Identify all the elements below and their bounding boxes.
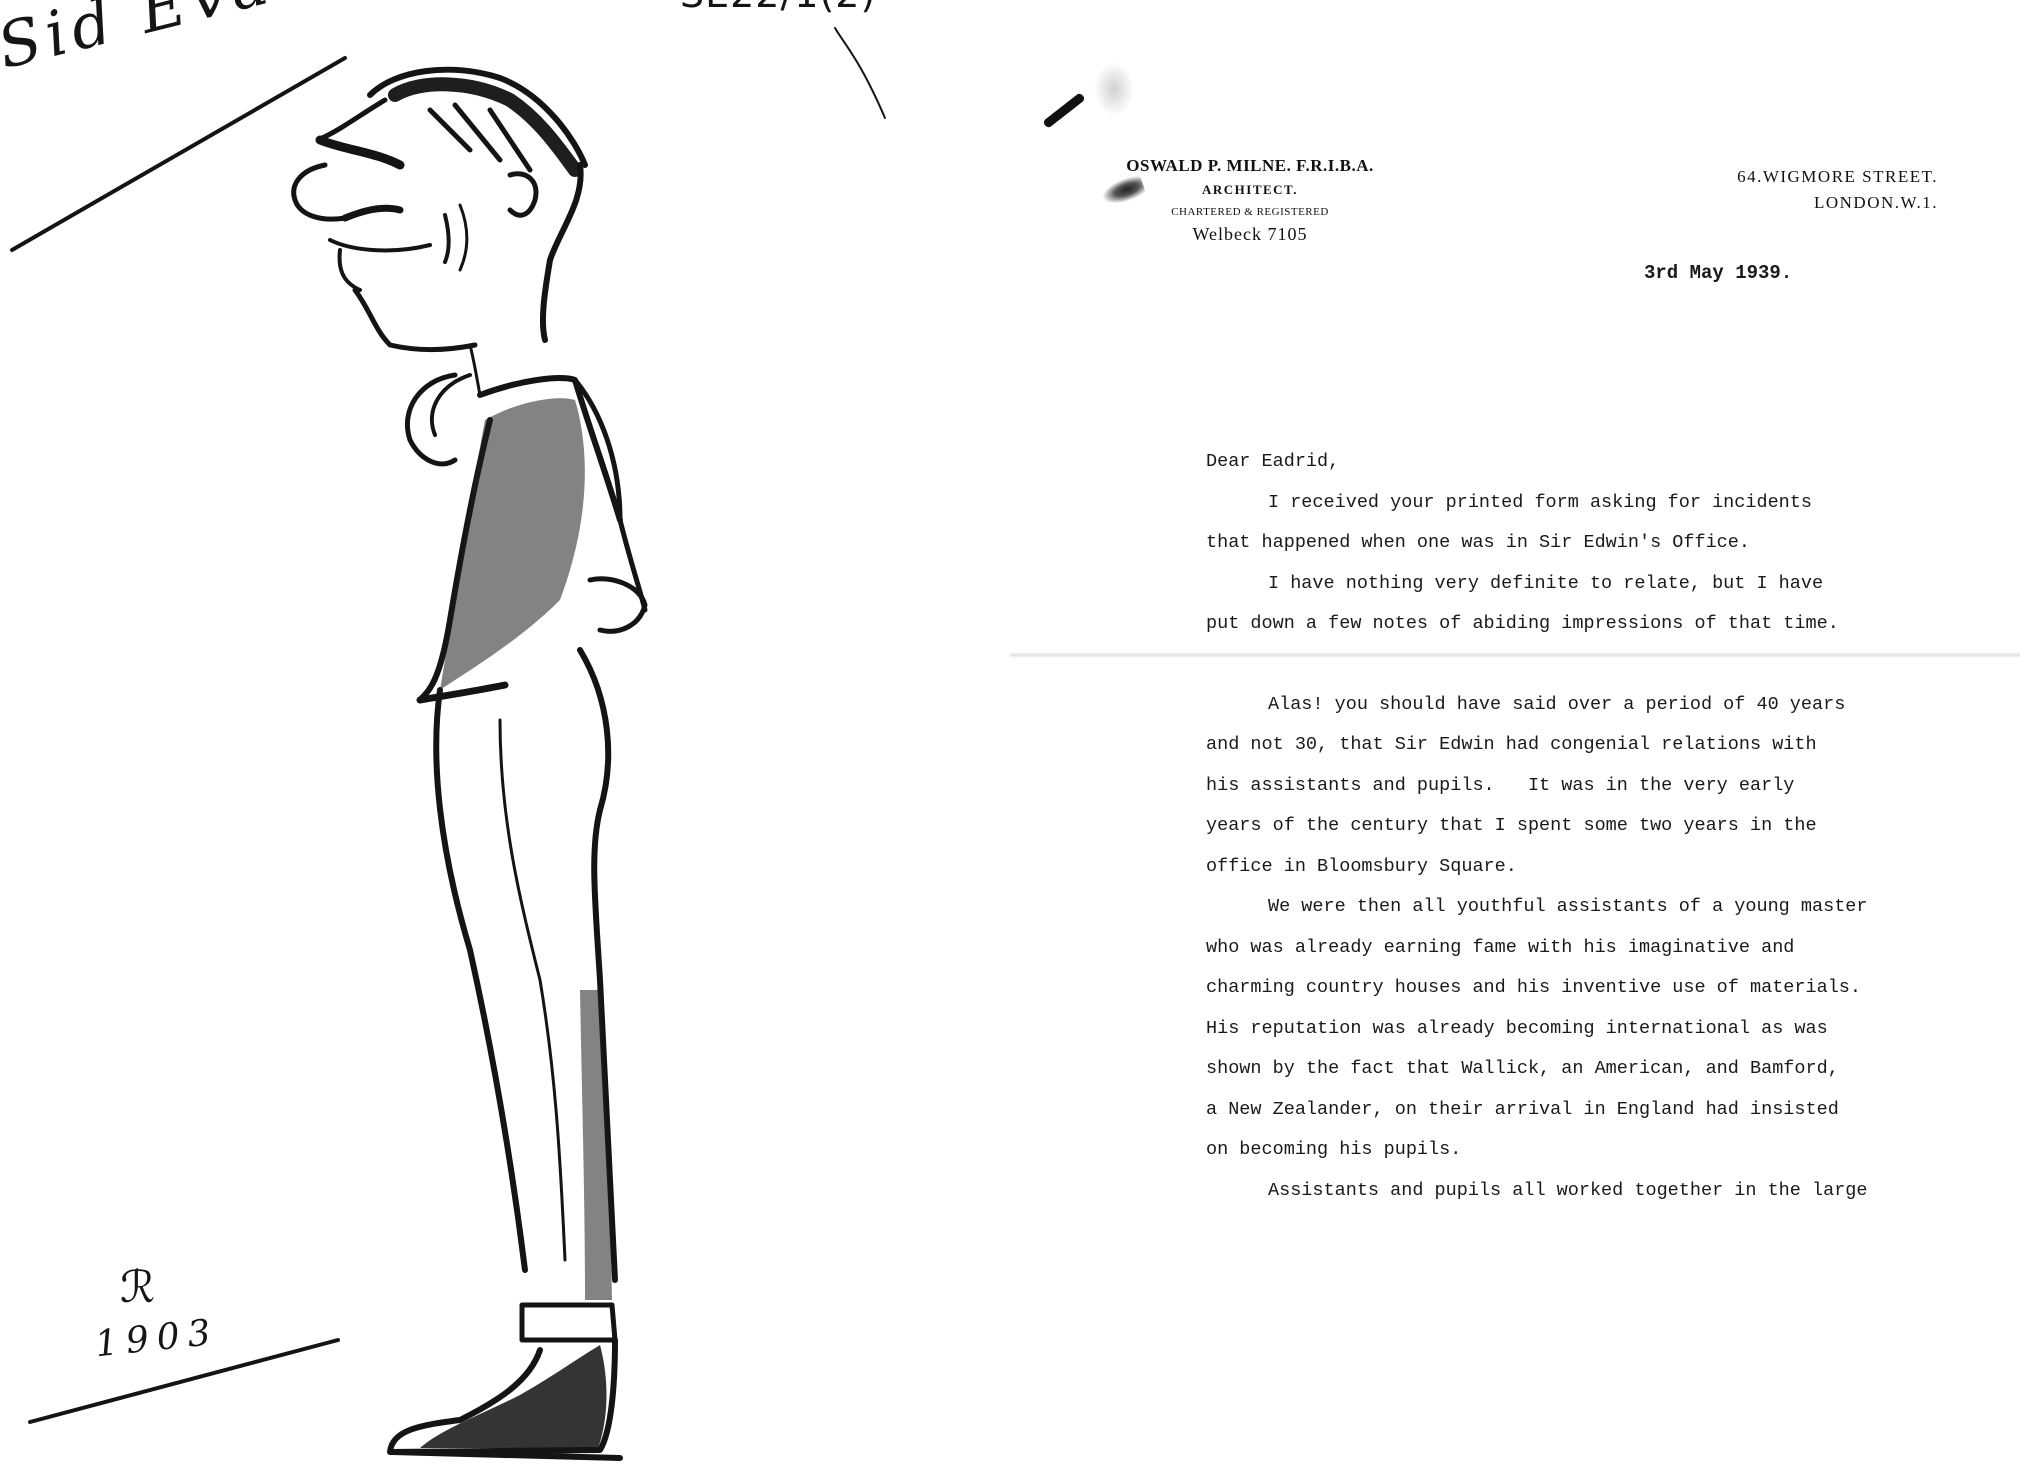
paragraph-line: I received your printed form asking for … — [1206, 483, 1996, 524]
paragraph-line: charming country houses and his inventiv… — [1206, 968, 1996, 1009]
salutation: Dear Eadrid, — [1206, 442, 1996, 483]
paragraph-line: I have nothing very definite to relate, … — [1206, 564, 1996, 605]
paragraph-line: office in Bloomsbury Square. — [1206, 847, 1996, 888]
paragraph-line: shown by the fact that Wallick, an Ameri… — [1206, 1049, 1996, 1090]
paragraph-line: his assistants and pupils. It was in the… — [1206, 766, 1996, 807]
scan-smudge — [1094, 62, 1134, 116]
address-line-1: 64.WIGMORE STREET. — [1737, 164, 1938, 190]
fold-gap — [1206, 645, 1996, 685]
paragraph-line: We were then all youthful assistants of … — [1206, 887, 1996, 928]
artist-monogram: ℛ — [120, 1262, 155, 1313]
paragraph-line: who was already earning fame with his im… — [1206, 928, 1996, 969]
letterhead-registration: CHARTERED & REGISTERED — [1100, 206, 1400, 218]
paragraph-line: that happened when one was in Sir Edwin'… — [1206, 523, 1996, 564]
letterhead-title: ARCHITECT. — [1100, 182, 1400, 198]
paragraph-line: on becoming his pupils. — [1206, 1130, 1996, 1171]
paragraph-line: years of the century that I spent some t… — [1206, 806, 1996, 847]
typed-letter-page: OSWALD P. MILNE. F.R.I.B.A. ARCHITECT. C… — [1010, 0, 2020, 1465]
paragraph-line: and not 30, that Sir Edwin had congenial… — [1206, 725, 1996, 766]
paragraph-line: Alas! you should have said over a period… — [1206, 685, 1996, 726]
letterhead-name: OSWALD P. MILNE. F.R.I.B.A. — [1100, 156, 1400, 176]
archive-reference-code: SE22/1(2) — [680, 0, 876, 16]
paragraph-line: a New Zealander, on their arrival in Eng… — [1206, 1090, 1996, 1131]
paragraph-line: Assistants and pupils all worked togethe… — [1206, 1171, 1996, 1212]
ink-mark — [1042, 92, 1085, 129]
caricature-sketch-page: Sid Evans SE22/1(2) ℛ 1903 — [0, 0, 890, 1465]
paragraph-line: put down a few notes of abiding impressi… — [1206, 604, 1996, 645]
letter-date: 3rd May 1939. — [1644, 262, 1792, 284]
paragraph-line: His reputation was already becoming inte… — [1206, 1009, 1996, 1050]
letterhead: OSWALD P. MILNE. F.R.I.B.A. ARCHITECT. C… — [1100, 156, 1400, 245]
sender-address: 64.WIGMORE STREET. LONDON.W.1. — [1737, 164, 1938, 216]
caricature-drawing — [0, 0, 890, 1465]
letter-body: Dear Eadrid, I received your printed for… — [1206, 442, 1996, 1211]
letterhead-phone: Welbeck 7105 — [1100, 224, 1400, 245]
address-line-2: LONDON.W.1. — [1737, 190, 1938, 216]
